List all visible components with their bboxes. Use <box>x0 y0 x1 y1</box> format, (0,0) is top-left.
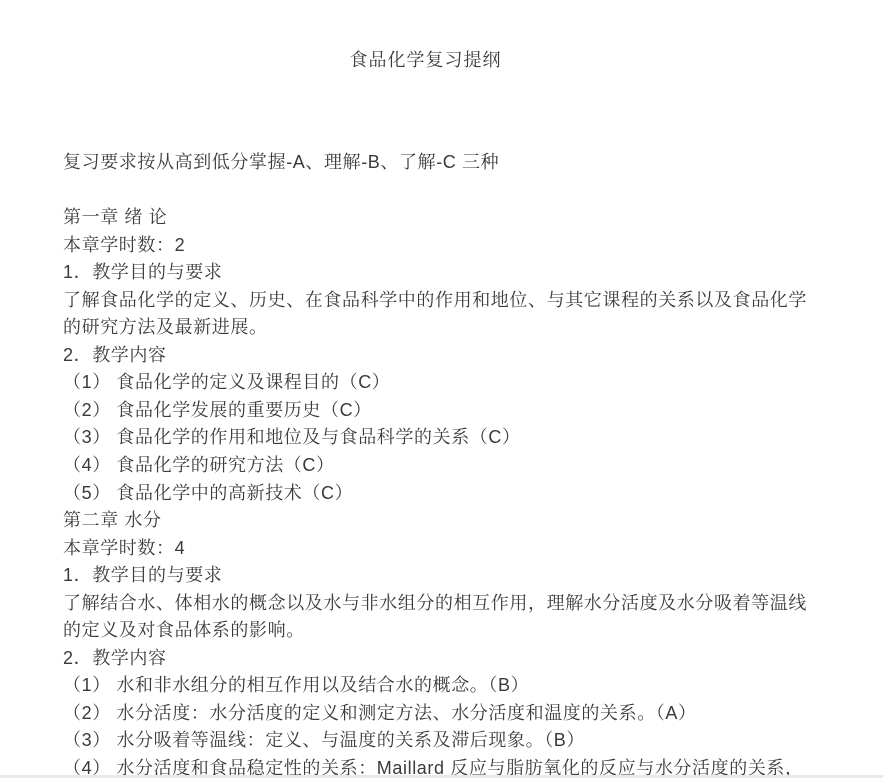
text-line: （3） 食品化学的作用和地位及与食品科学的关系（C） <box>63 424 853 452</box>
text-line: （2） 水分活度：水分活度的定义和测定方法、水分活度和温度的关系。（A） <box>63 700 853 728</box>
text-line: 复习要求按从高到低分掌握-A、理解-B、了解-C 三种 <box>63 149 853 177</box>
text-line: （1） 食品化学的定义及课程目的（C） <box>63 369 853 397</box>
document-body: 复习要求按从高到低分掌握-A、理解-B、了解-C 三种第一章 绪 论本章学时数：… <box>63 149 853 778</box>
text-line: 2．教学内容 <box>63 342 853 370</box>
document-page: 食品化学复习提纲 复习要求按从高到低分掌握-A、理解-B、了解-C 三种第一章 … <box>0 0 883 778</box>
text-line: 2．教学内容 <box>63 645 853 673</box>
text-line: 本章学时数：2 <box>63 232 853 260</box>
text-line: （4） 食品化学的研究方法（C） <box>63 452 853 480</box>
text-line: 1．教学目的与要求 <box>63 259 853 287</box>
text-line: 本章学时数：4 <box>63 535 853 563</box>
text-line: 1．教学目的与要求 <box>63 562 853 590</box>
text-line: 了解食品化学的定义、历史、在食品科学中的作用和地位、与其它课程的关系以及食品化学 <box>63 287 853 315</box>
text-line: （3） 水分吸着等温线：定义、与温度的关系及滞后现象。（B） <box>63 727 853 755</box>
text-line: 的定义及对食品体系的影响。 <box>63 617 853 645</box>
document-title: 食品化学复习提纲 <box>63 50 788 70</box>
text-line: 第一章 绪 论 <box>63 204 853 232</box>
text-line: （5） 食品化学中的高新技术（C） <box>63 480 853 508</box>
text-line: （2） 食品化学发展的重要历史（C） <box>63 397 853 425</box>
text-line: （1） 水和非水组分的相互作用以及结合水的概念。（B） <box>63 672 853 700</box>
text-line: 的研究方法及最新进展。 <box>63 314 853 342</box>
blank-line <box>63 177 853 205</box>
text-line: 第二章 水分 <box>63 507 853 535</box>
text-line: 了解结合水、体相水的概念以及水与非水组分的相互作用，理解水分活度及水分吸着等温线 <box>63 590 853 618</box>
